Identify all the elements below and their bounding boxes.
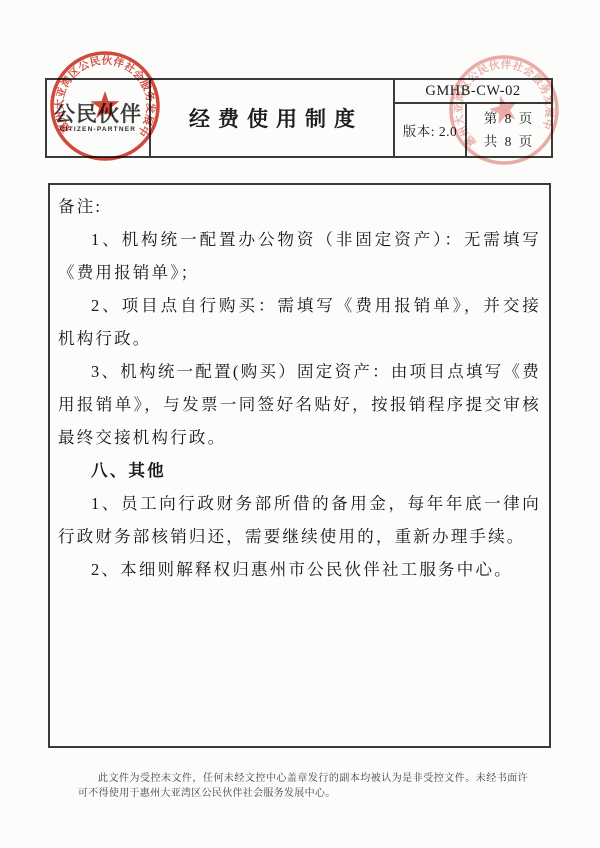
page-indicator: 第 8 页 共 8 页 <box>467 104 551 156</box>
version-label: 版本: 2.0 <box>395 104 467 156</box>
document-title: 经费使用制度 <box>151 80 393 156</box>
org-logo: 公民伙伴 <box>54 103 142 125</box>
document-code: GMHB-CW-02 <box>395 80 551 104</box>
page-total: 共 8 页 <box>484 130 535 153</box>
header-meta-section: GMHB-CW-02 版本: 2.0 第 8 页 共 8 页 <box>393 80 551 156</box>
note-item-3: 3、机构统一配置(购买）固定资产：由项目点填写《费用报销单》，与发票一同签好名贴… <box>58 355 541 454</box>
content-box: 备注: 1、机构统一配置办公物资（非固定资产）：无需填写《费用报销单》； 2、项… <box>48 183 551 748</box>
header-table: 公民伙伴 CITIZEN-PARTNER 经费使用制度 GMHB-CW-02 版… <box>45 78 553 158</box>
header-meta-bottom: 版本: 2.0 第 8 页 共 8 页 <box>395 104 551 156</box>
document-page: 公民伙伴 CITIZEN-PARTNER 经费使用制度 GMHB-CW-02 版… <box>0 0 600 848</box>
note-item-1: 1、机构统一配置办公物资（非固定资产）：无需填写《费用报销单》； <box>58 223 541 289</box>
other-item-1: 1、员工向行政财务部所借的备用金，每年年底一律向行政财务部核销归还，需要继续使用… <box>58 487 541 553</box>
note-item-2: 2、项目点自行购买：需填写《费用报销单》，并交接机构行政。 <box>58 289 541 355</box>
page-current: 第 8 页 <box>484 107 535 130</box>
note-label: 备注: <box>58 190 541 223</box>
section-heading-other: 八、其他 <box>58 454 541 487</box>
footer-disclaimer: 此文件为受控未文件，任何未经文控中心盖章发行的副本均被认为是非受控文件。未经书面… <box>78 771 528 801</box>
other-item-2: 2、本细则解释权归惠州市公民伙伴社工服务中心。 <box>58 553 541 586</box>
org-logo-subtitle: CITIZEN-PARTNER <box>60 126 136 133</box>
logo-cell: 公民伙伴 CITIZEN-PARTNER <box>47 80 151 156</box>
